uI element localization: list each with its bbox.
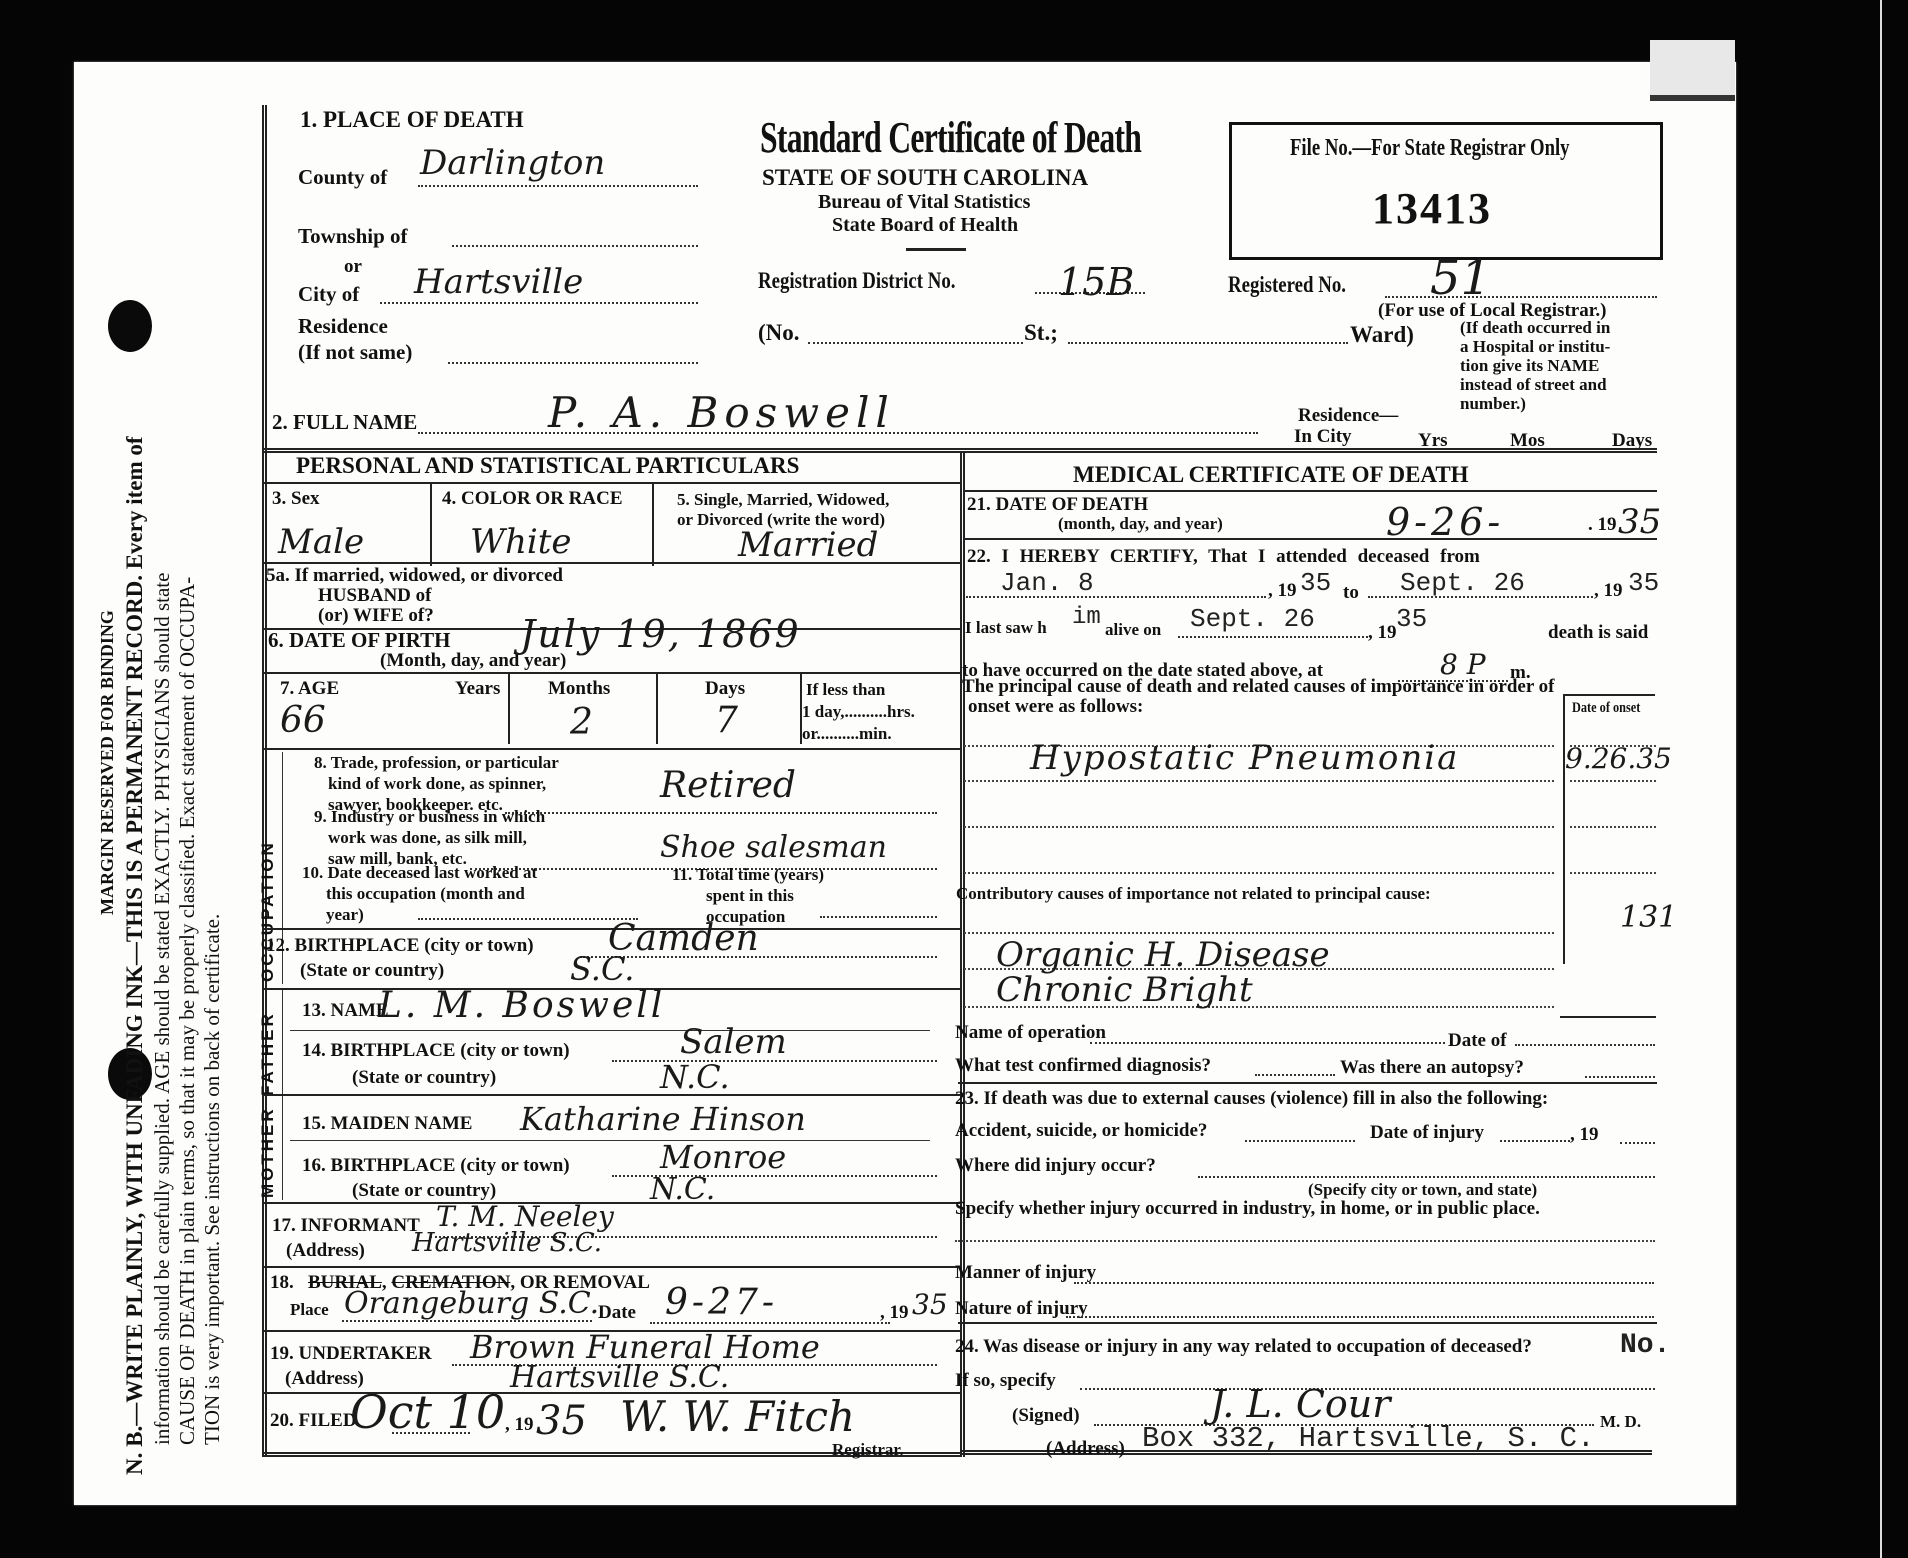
board-name: State Board of Health xyxy=(832,214,1018,237)
header-rule xyxy=(906,248,966,251)
father-birthplace-state[interactable]: N.C. xyxy=(660,1058,730,1096)
trade-value[interactable]: Retired xyxy=(660,765,796,806)
father-side-label: FATHER xyxy=(258,1011,278,1096)
county-line xyxy=(418,185,698,187)
total-time-label-1: 11. Total time (years) xyxy=(672,864,824,885)
burial-num: 18. xyxy=(270,1272,294,1293)
registered-value[interactable]: 51 xyxy=(1430,250,1491,306)
place-label: Place xyxy=(290,1300,329,1320)
test-line[interactable] xyxy=(1255,1074,1335,1076)
signed-label: (Signed) xyxy=(1012,1405,1080,1427)
race-label: 4. COLOR OR RACE xyxy=(442,488,623,510)
hospital-note-2: a Hospital or institu- xyxy=(1460,337,1610,356)
hospital-note-3: tion give its NAME xyxy=(1460,356,1610,375)
last-saw-year[interactable]: 35 xyxy=(1396,604,1427,634)
city-line xyxy=(380,302,698,304)
row-3-rule xyxy=(262,562,960,564)
injury-year-line[interactable] xyxy=(1620,1142,1655,1144)
cause-line-3 xyxy=(964,826,1554,828)
hospital-note-5: number.) xyxy=(1460,394,1610,413)
alive-on-label: alive on xyxy=(1105,620,1161,640)
injury-year-label: , 19 xyxy=(1570,1124,1599,1146)
industry-value[interactable]: Shoe salesman xyxy=(660,830,887,865)
accident-label: Accident, suicide, or homicide? xyxy=(955,1120,1207,1142)
reg-district-value[interactable]: 15B xyxy=(1058,260,1134,304)
md-label: M. D. xyxy=(1600,1412,1641,1432)
contributory-onset[interactable]: 131 xyxy=(1620,900,1677,935)
last-saw-label: I last saw h xyxy=(965,618,1047,638)
margin-instructions: MARGIN RESERVED FOR BINDING N. B.—WRITE … xyxy=(95,436,225,1475)
mother-state-label: (State or country) xyxy=(352,1180,496,1202)
less-than-1: If less than xyxy=(806,680,885,700)
marital-value[interactable]: Married xyxy=(738,525,878,565)
date-onset-text: Date of onset xyxy=(1572,700,1640,717)
spouse-label-2: HUSBAND of xyxy=(318,585,431,607)
attended-to-year-prefix: , 19 xyxy=(1594,580,1623,602)
operation-label: Name of operation xyxy=(955,1022,1106,1044)
autopsy-label: Was there an autopsy? xyxy=(1340,1057,1524,1079)
place-value[interactable]: Orangeburg S.C. xyxy=(344,1286,599,1321)
county-value[interactable]: Darlington xyxy=(420,143,605,183)
attended-from[interactable]: Jan. 8 xyxy=(1000,568,1094,598)
principal-cause[interactable]: Hypostatic Pneumonia xyxy=(1030,738,1459,778)
dod-sub: (month, day, and year) xyxy=(1058,514,1223,534)
injury-rule xyxy=(958,1322,1657,1324)
death-said-label: death is said xyxy=(1548,622,1648,644)
father-name[interactable]: L. M. Boswell xyxy=(378,985,665,1026)
last-worked-label-2: this occupation (month and xyxy=(302,883,537,904)
contributory-label: Contributory causes of importance not re… xyxy=(956,884,1431,904)
physician-address[interactable]: Box 332, Hartsville, S. C. xyxy=(1142,1422,1594,1455)
personal-heading-rule xyxy=(262,482,960,484)
bureau-name: Bureau of Vital Statistics xyxy=(818,191,1030,214)
city-value[interactable]: Hartsville xyxy=(414,262,583,302)
months-label: Months xyxy=(548,678,610,700)
race-value[interactable]: White xyxy=(470,522,572,562)
contributory-cause-2[interactable]: Chronic Bright xyxy=(996,970,1253,1010)
onset-column-bottom xyxy=(1560,1016,1656,1018)
file-number-box: File No.—For State Registrar Only 13413 xyxy=(1229,122,1663,260)
spouse-label-3: (or) WIFE of? xyxy=(318,605,434,627)
industry-label: 9. Industry or business in which work wa… xyxy=(314,806,545,869)
dod-label: 21. DATE OF DEATH xyxy=(967,494,1148,516)
file-number: 13413 xyxy=(1372,183,1492,234)
punch-hole-top xyxy=(108,300,152,352)
cause-line-2 xyxy=(964,780,1554,782)
industry-label-2: work was done, as silk mill, xyxy=(314,827,545,848)
last-worked-label-1: 10. Date deceased last worked at xyxy=(302,862,537,883)
sex-label: 3. Sex xyxy=(272,488,320,510)
spouse-label-1: 5a. If married, widowed, or divorced xyxy=(266,565,563,587)
accident-line[interactable] xyxy=(1245,1140,1355,1142)
title-text: Standard Certificate of Death xyxy=(760,112,1141,163)
place-of-death-heading: 1. PLACE OF DEATH xyxy=(300,107,524,133)
burial-year-prefix: , 19 xyxy=(880,1302,909,1324)
residence-in-city-heading: Residence— xyxy=(1298,405,1398,427)
age-months[interactable]: 2 xyxy=(570,702,593,743)
trade-line xyxy=(505,812,937,814)
state-name: STATE OF SOUTH CAROLINA xyxy=(762,165,1088,191)
occupation-related-label: 24. Was disease or injury in any way rel… xyxy=(955,1336,1532,1358)
street-no-label: (No. xyxy=(758,320,800,346)
date-of-label: Date of xyxy=(1448,1030,1507,1052)
dod-year[interactable]: 35 xyxy=(1618,502,1661,542)
file-label-text: File No.—For State Registrar Only xyxy=(1290,135,1570,162)
nature-line[interactable] xyxy=(1066,1316,1654,1318)
birthplace-state-label: (State or country) xyxy=(300,960,444,982)
mother-birthplace-city[interactable]: Monroe xyxy=(660,1138,786,1176)
father-rule xyxy=(262,1094,960,1096)
row-7-rule xyxy=(262,748,960,750)
cause-intro-2: onset were as follows: xyxy=(968,696,1143,718)
mother-name-rule xyxy=(290,1140,930,1141)
residence-note: (If not same) xyxy=(298,340,412,365)
residence-line[interactable] xyxy=(448,362,698,364)
father-birthplace-label: 14. BIRTHPLACE (city or town) xyxy=(302,1040,570,1062)
manner-line[interactable] xyxy=(1074,1282,1654,1284)
specify-place-label: Specify whether injury occurred in indus… xyxy=(955,1198,1540,1220)
father-birthplace-city[interactable]: Salem xyxy=(680,1022,787,1062)
contrib-line-1 xyxy=(964,932,1554,934)
last-saw-pronoun[interactable]: im xyxy=(1072,604,1101,631)
less-than-3: or..........min. xyxy=(802,724,892,744)
total-time-label-2: spent in this xyxy=(672,885,824,906)
sex-value[interactable]: Male xyxy=(278,522,364,562)
cause-intro-1: The principal cause of death and related… xyxy=(962,676,1555,698)
attended-to[interactable]: Sept. 26 xyxy=(1400,568,1525,598)
street-line[interactable] xyxy=(1068,342,1348,344)
years-label: Years xyxy=(455,678,500,700)
margin-line-3: CAUSE OF DEATH in plain terms, so that i… xyxy=(175,436,200,1475)
address-label: (Address) xyxy=(1046,1438,1125,1460)
onset-line-2 xyxy=(1570,780,1656,782)
form-left-border xyxy=(262,105,267,1457)
margin-line-4: TION is very important. See instructions… xyxy=(200,436,225,1475)
burial-year[interactable]: 35 xyxy=(912,1288,948,1321)
marital-label-1: 5. Single, Married, Widowed, xyxy=(677,490,889,510)
cause-line-4 xyxy=(964,872,1554,874)
file-label: File No.—For State Registrar Only xyxy=(1290,135,1648,162)
contributory-cause-1[interactable]: Organic H. Disease xyxy=(996,935,1330,975)
onset-line-4 xyxy=(1570,872,1656,874)
residence-label: Residence xyxy=(298,314,388,339)
hospital-note: (If death occurred in a Hospital or inst… xyxy=(1460,318,1610,413)
filed-label: 20. FILED xyxy=(270,1410,357,1432)
medical-heading-rule xyxy=(964,490,1657,492)
undertaker-label: 19. UNDERTAKER xyxy=(270,1343,432,1365)
occupation-side-label: OCCUPATION xyxy=(258,840,278,982)
county-label: County of xyxy=(298,165,387,190)
attended-from-year[interactable]: 35 xyxy=(1300,568,1331,598)
where-line[interactable] xyxy=(1198,1176,1655,1178)
registrar-signature[interactable]: W. W. Fitch xyxy=(620,1392,855,1441)
race-divider xyxy=(652,484,654,566)
margin-line-2: information should be carefully supplied… xyxy=(150,436,175,1475)
attended-from-year-prefix: , 19 xyxy=(1268,580,1297,602)
sex-divider xyxy=(430,484,432,566)
street-label: St.; xyxy=(1024,320,1058,346)
burial-date-label: Date xyxy=(598,1302,636,1324)
age-days[interactable]: 7 xyxy=(715,700,738,741)
hospital-note-4: instead of street and xyxy=(1460,375,1610,394)
reg-district-label: Registration District No. xyxy=(758,268,999,294)
certify-text: 22. I HEREBY CERTIFY, That I attended de… xyxy=(967,546,1480,568)
informant-label-text: 17. INFORMANT xyxy=(272,1215,420,1237)
film-edge-line xyxy=(1880,0,1882,1558)
last-worked-line[interactable] xyxy=(418,918,638,920)
burial-date-value[interactable]: 9-27- xyxy=(665,1282,778,1323)
mother-name-label: 15. MAIDEN NAME xyxy=(302,1113,472,1135)
to-label: to xyxy=(1343,582,1359,604)
last-worked-label-3: year) xyxy=(302,904,537,925)
filed-year-prefix: , 19 xyxy=(505,1414,534,1436)
father-state-label: (State or country) xyxy=(352,1067,496,1089)
date-of-line[interactable] xyxy=(1515,1044,1655,1046)
dod-year-prefix: . 19 xyxy=(1588,514,1617,536)
autopsy-line[interactable] xyxy=(1585,1076,1655,1078)
binding-note: MARGIN RESERVED FOR BINDING xyxy=(95,436,120,1475)
township-label: Township of xyxy=(298,224,408,249)
father-name-label: 13. NAME xyxy=(302,1000,389,1022)
onset-line-3 xyxy=(1570,826,1656,828)
or-label: or xyxy=(344,256,362,278)
birth-value[interactable]: July 19, 1869 xyxy=(520,612,801,656)
injury-date-label: Date of injury xyxy=(1370,1122,1484,1144)
attended-to-year[interactable]: 35 xyxy=(1628,568,1659,598)
age-divider-2 xyxy=(656,674,658,744)
total-time-line[interactable] xyxy=(820,916,937,918)
informant-address[interactable]: Hartsville S.C. xyxy=(412,1228,602,1258)
street-no-line[interactable] xyxy=(808,342,1023,344)
full-name-value[interactable]: P. A. Boswell xyxy=(548,388,895,437)
less-than-2: 1 day,..........hrs. xyxy=(802,702,915,722)
ward-label: Ward) xyxy=(1350,322,1414,348)
in-city-label: In City xyxy=(1294,426,1352,448)
reg-district-text: Registration District No. xyxy=(758,268,955,294)
operation-line[interactable] xyxy=(1090,1042,1445,1044)
filed-year[interactable]: 35 xyxy=(536,1398,587,1444)
last-saw-line xyxy=(1178,636,1368,638)
registered-line xyxy=(1385,296,1657,298)
mother-name[interactable]: Katharine Hinson xyxy=(520,1100,806,1138)
torn-corner xyxy=(1650,40,1735,101)
age-years[interactable]: 66 xyxy=(280,700,326,741)
margin-line-1: N. B.—WRITE PLAINLY, WITH UNFADING INK—T… xyxy=(120,436,150,1475)
hospital-note-1: (If death occurred in xyxy=(1460,318,1610,337)
last-saw-date[interactable]: Sept. 26 xyxy=(1190,604,1315,634)
personal-heading: PERSONAL AND STATISTICAL PARTICULARS xyxy=(296,453,799,479)
trade-label-2: kind of work done, as spinner, xyxy=(314,773,559,794)
date-onset-label: Date of onset xyxy=(1572,700,1655,717)
undertaker-address[interactable]: Hartsville S.C. xyxy=(510,1360,729,1395)
registered-label: Registered No. xyxy=(1228,272,1372,298)
certificate-title: Standard Certificate of Death xyxy=(760,112,1289,163)
trade-label-1: 8. Trade, profession, or particular xyxy=(314,752,559,773)
if-so-label: If so, specify xyxy=(955,1370,1056,1392)
informant-address-label: (Address) xyxy=(286,1240,365,1262)
father-name-rule xyxy=(290,1030,930,1031)
row-6-rule xyxy=(262,672,960,674)
where-label: Where did injury occur? xyxy=(955,1155,1156,1177)
onset-header-rule xyxy=(1563,694,1655,696)
township-line[interactable] xyxy=(452,245,698,247)
industry-label-1: 9. Industry or business in which xyxy=(314,806,545,827)
registrar-label: Registrar. xyxy=(832,1440,904,1460)
filed-value[interactable]: Oct 10 xyxy=(350,1385,505,1439)
test-label: What test confirmed diagnosis? xyxy=(955,1055,1211,1077)
specify-place-line[interactable] xyxy=(955,1240,1655,1242)
physician-signature[interactable]: J. L. Cour xyxy=(1210,1382,1390,1426)
last-worked-label: 10. Date deceased last worked at this oc… xyxy=(302,862,537,925)
injury-date-line[interactable] xyxy=(1500,1140,1570,1142)
birthplace-state[interactable]: S.C. xyxy=(570,950,634,988)
mother-side-label: MOTHER xyxy=(258,1106,278,1198)
principal-onset[interactable]: 9.26.35 xyxy=(1565,742,1672,775)
city-label: City of xyxy=(298,282,359,307)
father-side-divider xyxy=(282,990,283,1098)
age-divider-1 xyxy=(508,674,510,744)
dod-rule xyxy=(964,538,1657,540)
diagnosis-rule xyxy=(958,1082,1657,1084)
specify-city-label: (Specify city or town, and state) xyxy=(1308,1180,1537,1200)
mother-birthplace-label: 16. BIRTHPLACE (city or town) xyxy=(302,1155,570,1177)
medical-heading: MEDICAL CERTIFICATE OF DEATH xyxy=(1073,462,1469,488)
mother-side-divider xyxy=(282,1096,283,1200)
full-name-label: 2. FULL NAME xyxy=(272,410,417,435)
last-saw-year-prefix: , 19 xyxy=(1368,622,1397,644)
occupation-related-value[interactable]: No. xyxy=(1620,1330,1670,1361)
manner-label: Manner of injury xyxy=(955,1262,1096,1284)
registered-text: Registered No. xyxy=(1228,272,1346,298)
onset-column-divider xyxy=(1563,694,1565,964)
external-label: 23. If death was due to external causes … xyxy=(955,1088,1548,1110)
days-label-age: Days xyxy=(705,678,745,700)
informant-rule xyxy=(262,1266,960,1268)
birthplace-label: 12. BIRTHPLACE (city or town) xyxy=(266,935,534,957)
age-label: 7. AGE xyxy=(280,678,339,700)
